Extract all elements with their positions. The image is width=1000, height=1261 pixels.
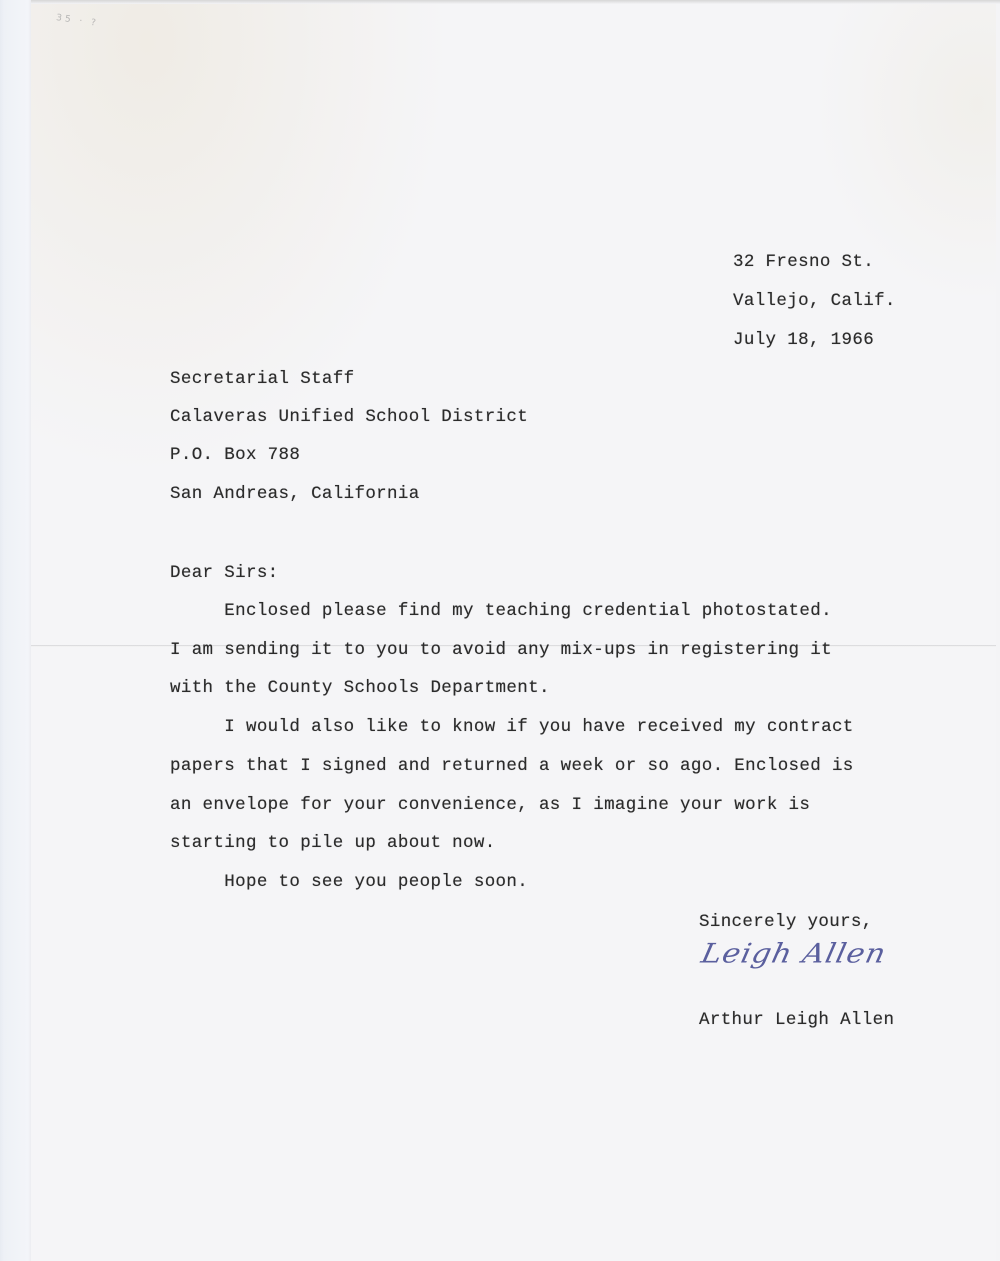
recipient-line-1: Secretarial Staff: [170, 369, 354, 389]
typed-signature-name: Arthur Leigh Allen: [699, 1010, 894, 1030]
sender-city: Vallejo, Calif.: [733, 291, 896, 311]
letter-paper: [31, 4, 996, 1261]
body-line: Hope to see you people soon.: [170, 872, 528, 892]
body-line: an envelope for your convenience, as I i…: [170, 795, 810, 815]
scan-edge-left: [0, 0, 31, 1261]
body-line: papers that I signed and returned a week…: [170, 756, 854, 776]
body-line: Enclosed please find my teaching credent…: [170, 601, 832, 621]
sender-street: 32 Fresno St.: [733, 252, 874, 272]
closing: Sincerely yours,: [699, 912, 873, 932]
salutation: Dear Sirs:: [170, 563, 279, 583]
body-line: with the County Schools Department.: [170, 678, 550, 698]
recipient-line-3: P.O. Box 788: [170, 445, 300, 465]
handwritten-signature: Leigh Allen: [698, 938, 889, 970]
body-line: I am sending it to you to avoid any mix-…: [170, 640, 832, 660]
body-line: I would also like to know if you have re…: [170, 717, 854, 737]
letter-date: July 18, 1966: [733, 330, 874, 350]
body-line: starting to pile up about now.: [170, 833, 496, 853]
recipient-line-2: Calaveras Unified School District: [170, 407, 528, 427]
recipient-line-4: San Andreas, California: [170, 484, 420, 504]
